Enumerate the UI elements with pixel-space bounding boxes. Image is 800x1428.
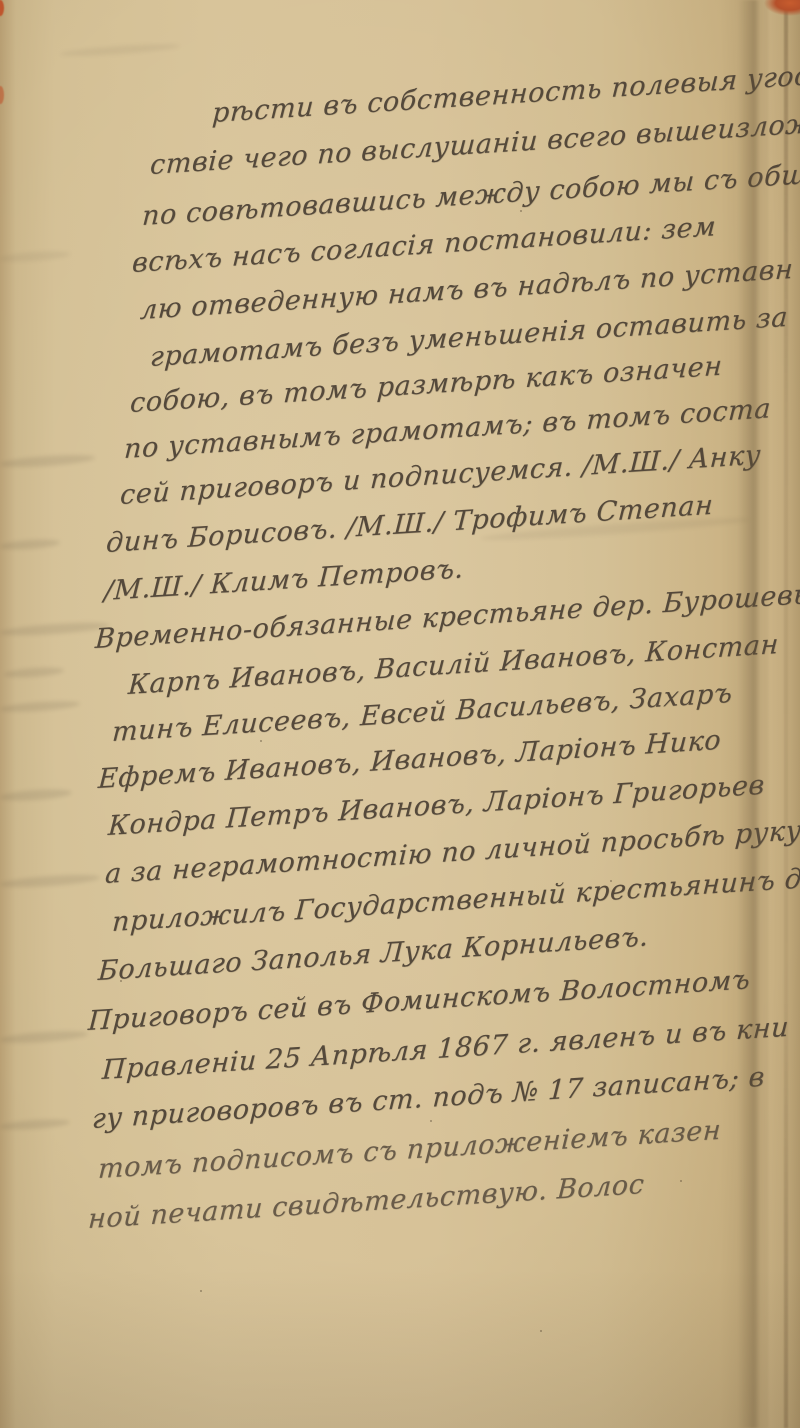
ink-bleed-mark: [0, 1118, 70, 1132]
ink-bleed-mark: [60, 42, 180, 58]
paper-speck: [430, 1120, 432, 1122]
ink-bleed-mark: [0, 873, 100, 890]
cover-corner: [0, 0, 4, 16]
ink-bleed-mark: [0, 250, 70, 264]
ink-bleed-mark: [4, 666, 64, 679]
paper-speck: [200, 1290, 202, 1292]
manuscript-page: рѣсти въ собственность полевыя угодья. В…: [0, 0, 800, 1428]
page-shadow: [0, 1268, 800, 1428]
paper-speck: [680, 1180, 682, 1182]
page-edge: [784, 0, 788, 1428]
ink-bleed-mark: [0, 453, 95, 470]
cover-corner: [764, 0, 800, 16]
ink-bleed-mark: [0, 788, 72, 803]
ink-bleed-mark: [0, 620, 110, 638]
paper-speck: [520, 210, 522, 212]
ink-bleed-mark: [0, 538, 60, 551]
manuscript-line: /М.Ш./ Климъ Петровъ.: [103, 555, 464, 605]
ink-bleed-mark: [0, 1029, 88, 1045]
ink-bleed-mark: [0, 699, 80, 714]
page-crease: [738, 0, 768, 1428]
cover-corner: [0, 86, 4, 104]
paper-speck: [540, 1330, 542, 1332]
paper-speck: [260, 740, 262, 742]
